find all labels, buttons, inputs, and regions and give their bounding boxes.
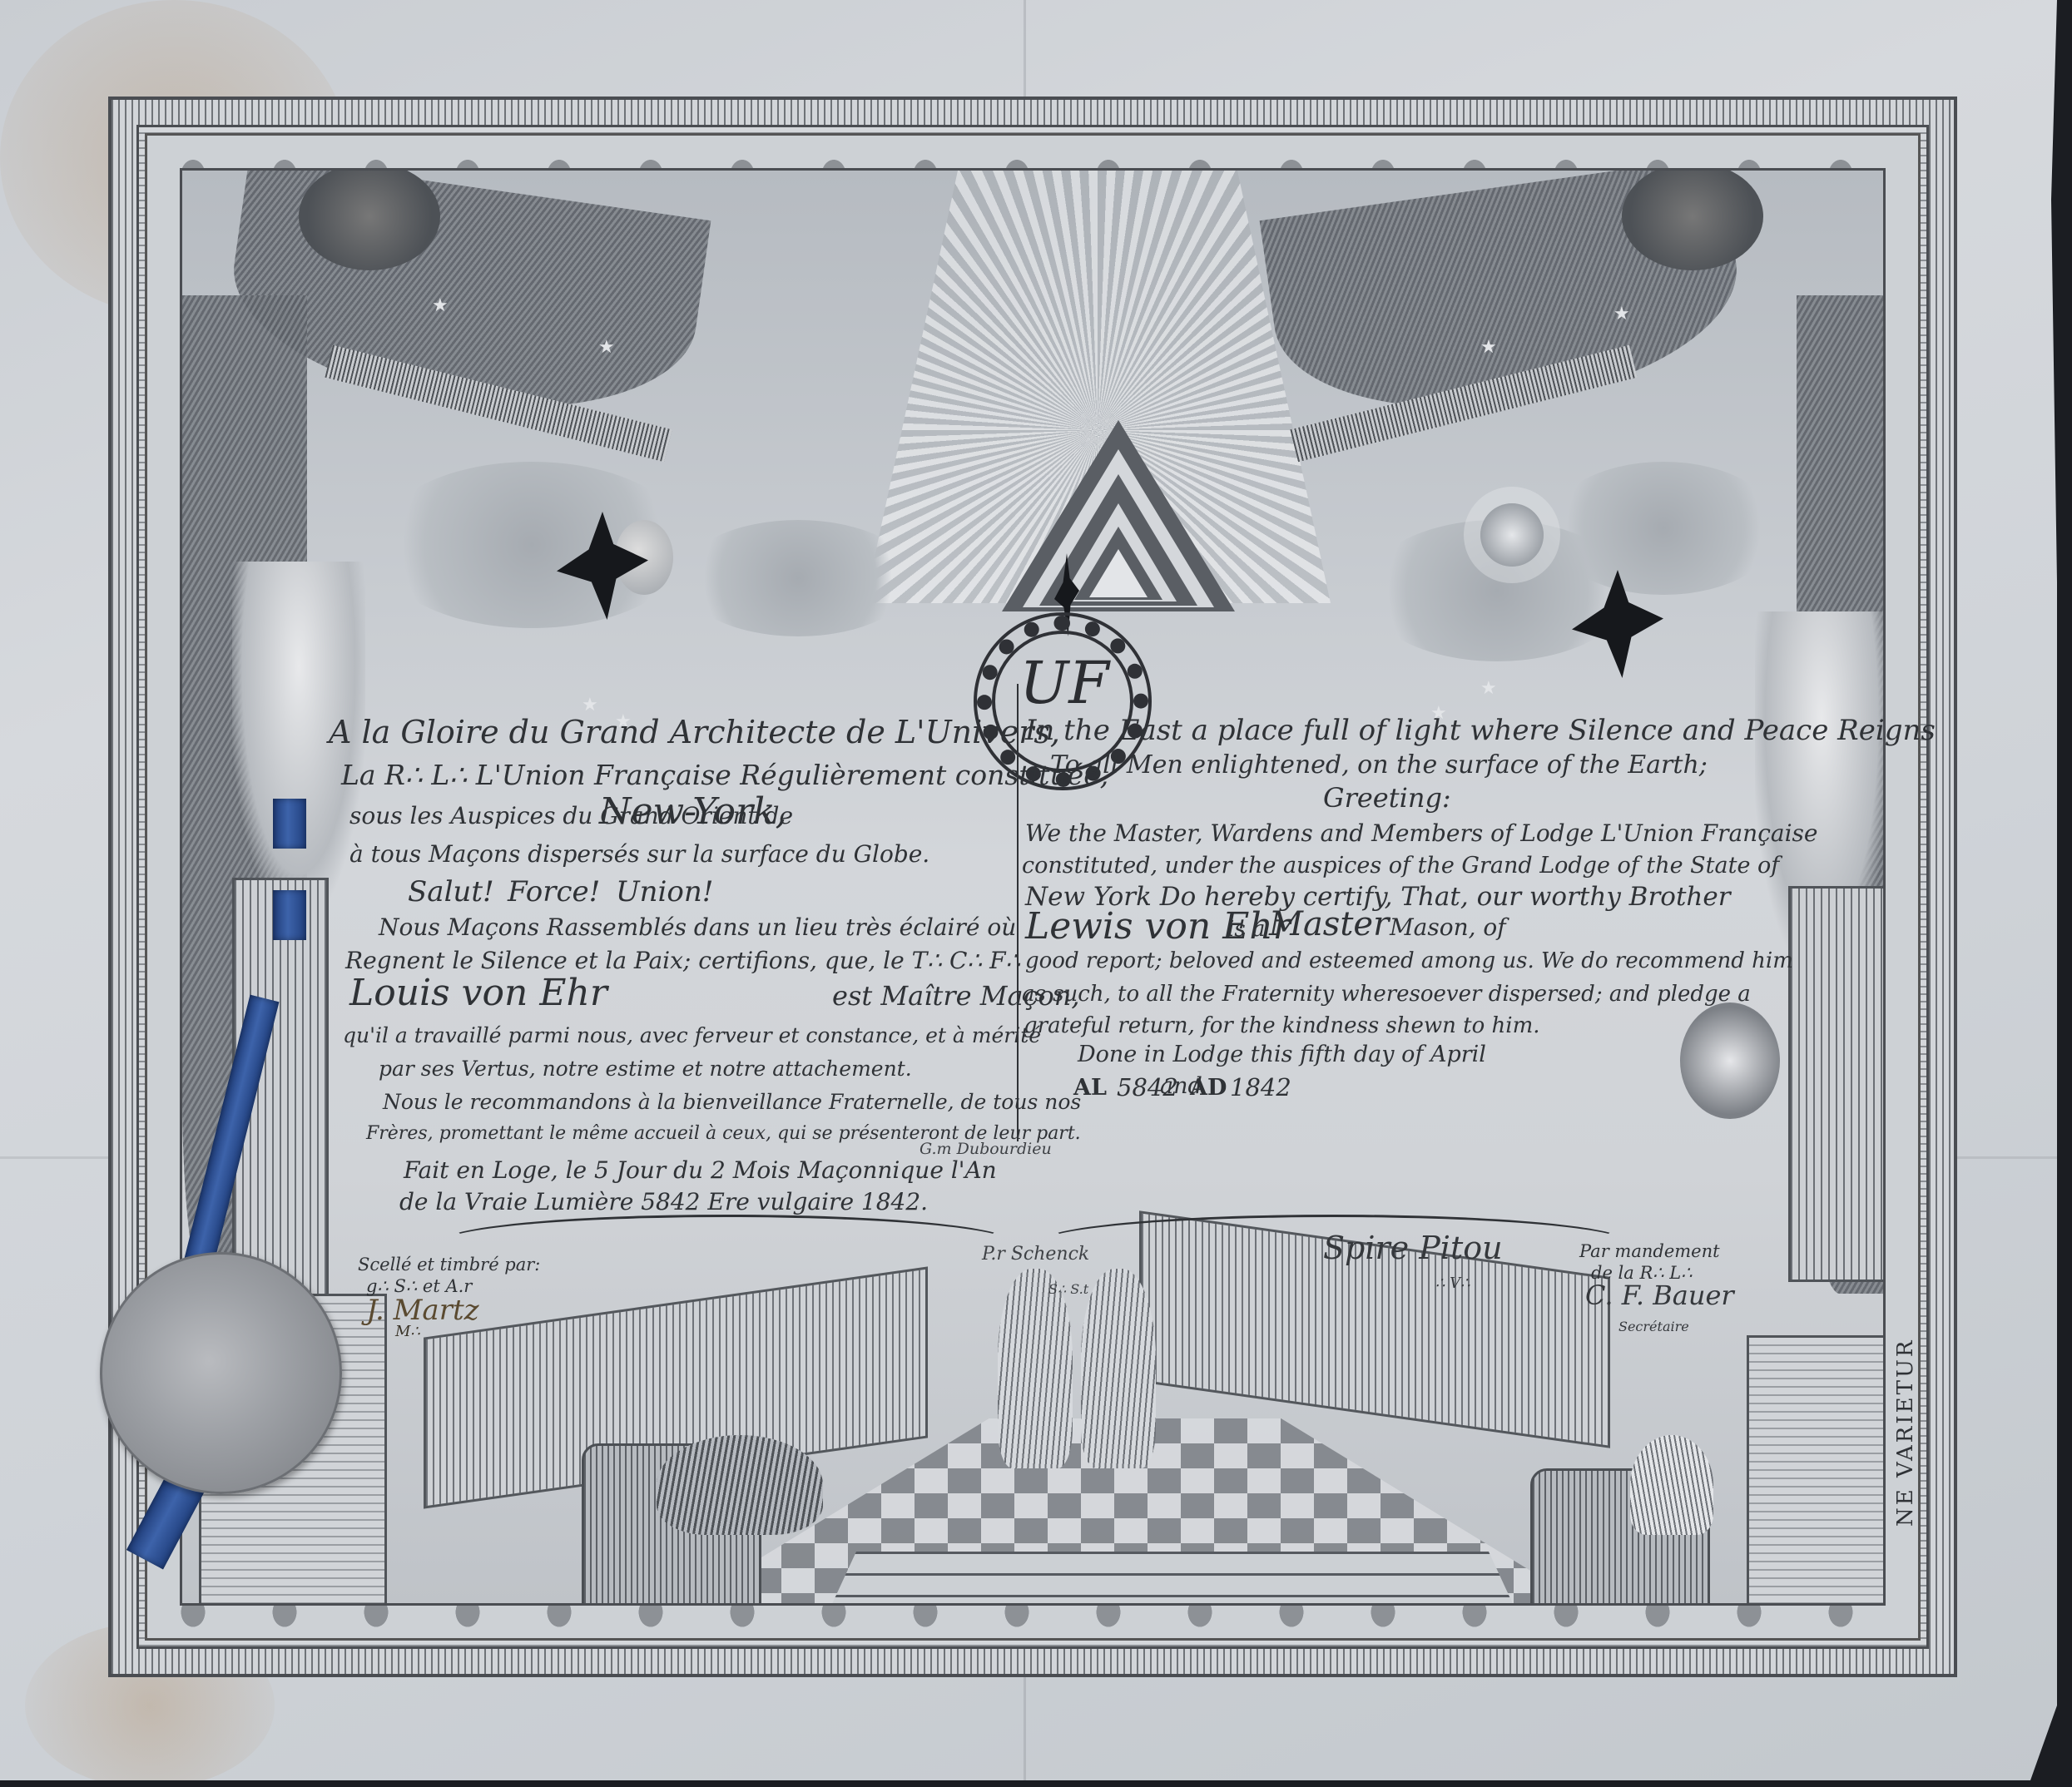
temple-steps <box>756 1552 1589 1606</box>
degree-english: Master <box>1269 905 1389 943</box>
center-signature: P.r Schenck <box>982 1244 1089 1265</box>
drapery-knot-right <box>1622 168 1763 270</box>
french-line: Nous Maçons Rassemblés dans un lieu très… <box>379 913 1016 941</box>
delta-triangle-icon <box>1089 549 1148 597</box>
seal-signer-title: M∴ <box>395 1323 420 1340</box>
french-line: de la Vraie Lumière 5842 Ere vulgaire 18… <box>399 1188 928 1215</box>
al-label: AL <box>1073 1075 1107 1101</box>
star-icon: ★ <box>1480 337 1497 358</box>
seal-caption: Scellé et timbré par: <box>358 1255 540 1275</box>
ad-label: AD <box>1190 1075 1227 1101</box>
english-line: Done in Lodge this fifth day of April <box>1078 1042 1486 1067</box>
mandate-caption: Par mandement <box>1579 1241 1720 1261</box>
seal-signature: J. Martz <box>366 1294 479 1327</box>
french-line: La R∴ L∴ L'Union Française Régulièrement… <box>341 759 1108 791</box>
french-line: qu'il a travaillé parmi nous, avec ferve… <box>343 1023 1041 1047</box>
star-icon: ★ <box>1613 304 1630 324</box>
star-icon: ★ <box>432 295 449 316</box>
english-line: To all Men enlightened, on the surface o… <box>1050 750 1708 780</box>
star-icon: ★ <box>1480 678 1497 699</box>
eagle-icon <box>657 1435 823 1535</box>
center-top-signature: G.m Dubourdieu <box>920 1140 1052 1158</box>
center-signer-title: S∴ S.t <box>1048 1281 1088 1297</box>
ribbon <box>273 799 306 849</box>
member-name-french: Louis von Ehr <box>349 972 607 1014</box>
english-line: good report; beloved and esteemed among … <box>1025 948 1793 973</box>
altar-flame-icon <box>1630 1435 1713 1535</box>
english-line: grateful return, for the kindness shewn … <box>1024 1013 1540 1038</box>
ad-year: 1842 <box>1230 1073 1291 1101</box>
right-column <box>1788 886 1886 1282</box>
certificate-paper: ★ ★ ★ ★ ★ ★ ★ ★ UF <box>0 0 2057 1780</box>
crowned-figure-right <box>1081 1269 1156 1468</box>
french-line: Fait en Loge, le 5 Jour du 2 Mois Maçonn… <box>404 1156 997 1184</box>
english-line: constituted, under the auspices of the G… <box>1022 853 1779 879</box>
salute-1: Salut! <box>408 875 494 908</box>
lodge-monogram: UF <box>994 649 1135 717</box>
is-a-label: is a <box>1227 917 1265 942</box>
ne-varietur-motto: NE VARIETUR <box>1893 1339 1918 1527</box>
skull-icon <box>1680 1002 1780 1119</box>
salute-3: Union! <box>616 875 713 908</box>
english-line: We the Master, Wardens and Members of Lo… <box>1025 819 1817 847</box>
french-line: à tous Maçons dispersés sur la surface d… <box>349 840 929 868</box>
english-line: as such, to all the Fraternity wheresoev… <box>1022 982 1751 1007</box>
secretary-title: Secrétaire <box>1618 1319 1689 1334</box>
salute-2: Force! <box>508 875 600 908</box>
crowned-figure-left <box>998 1269 1073 1468</box>
column-divider <box>1017 684 1019 1141</box>
star-icon: ★ <box>582 695 598 715</box>
secretary-signature: C. F. Bauer <box>1585 1280 1734 1311</box>
star-icon: ★ <box>598 337 615 358</box>
right-signer-title: ∴ V∴ <box>1435 1275 1470 1292</box>
english-line: Greeting: <box>1323 782 1451 814</box>
right-signature: Spire Pitou <box>1323 1230 1503 1266</box>
english-line: In the East a place full of light where … <box>1025 714 1936 747</box>
sun-face-icon <box>1480 503 1544 567</box>
french-line: Nous le recommandons à la bienveillance … <box>383 1090 1081 1114</box>
cloud <box>1547 462 1780 595</box>
french-line: par ses Vertus, notre estime et notre at… <box>379 1057 912 1081</box>
ribbon <box>273 890 306 940</box>
french-line: Regnent le Silence et la Paix; certifion… <box>345 947 1020 974</box>
cloud <box>682 520 915 636</box>
metal-seal <box>100 1252 342 1494</box>
french-line: A la Gloire du Grand Architecte de L'Uni… <box>329 714 1060 750</box>
city-name: New-York, <box>599 790 787 833</box>
right-pedestal <box>1747 1335 1886 1606</box>
degree-suffix: Mason, of <box>1390 913 1506 941</box>
